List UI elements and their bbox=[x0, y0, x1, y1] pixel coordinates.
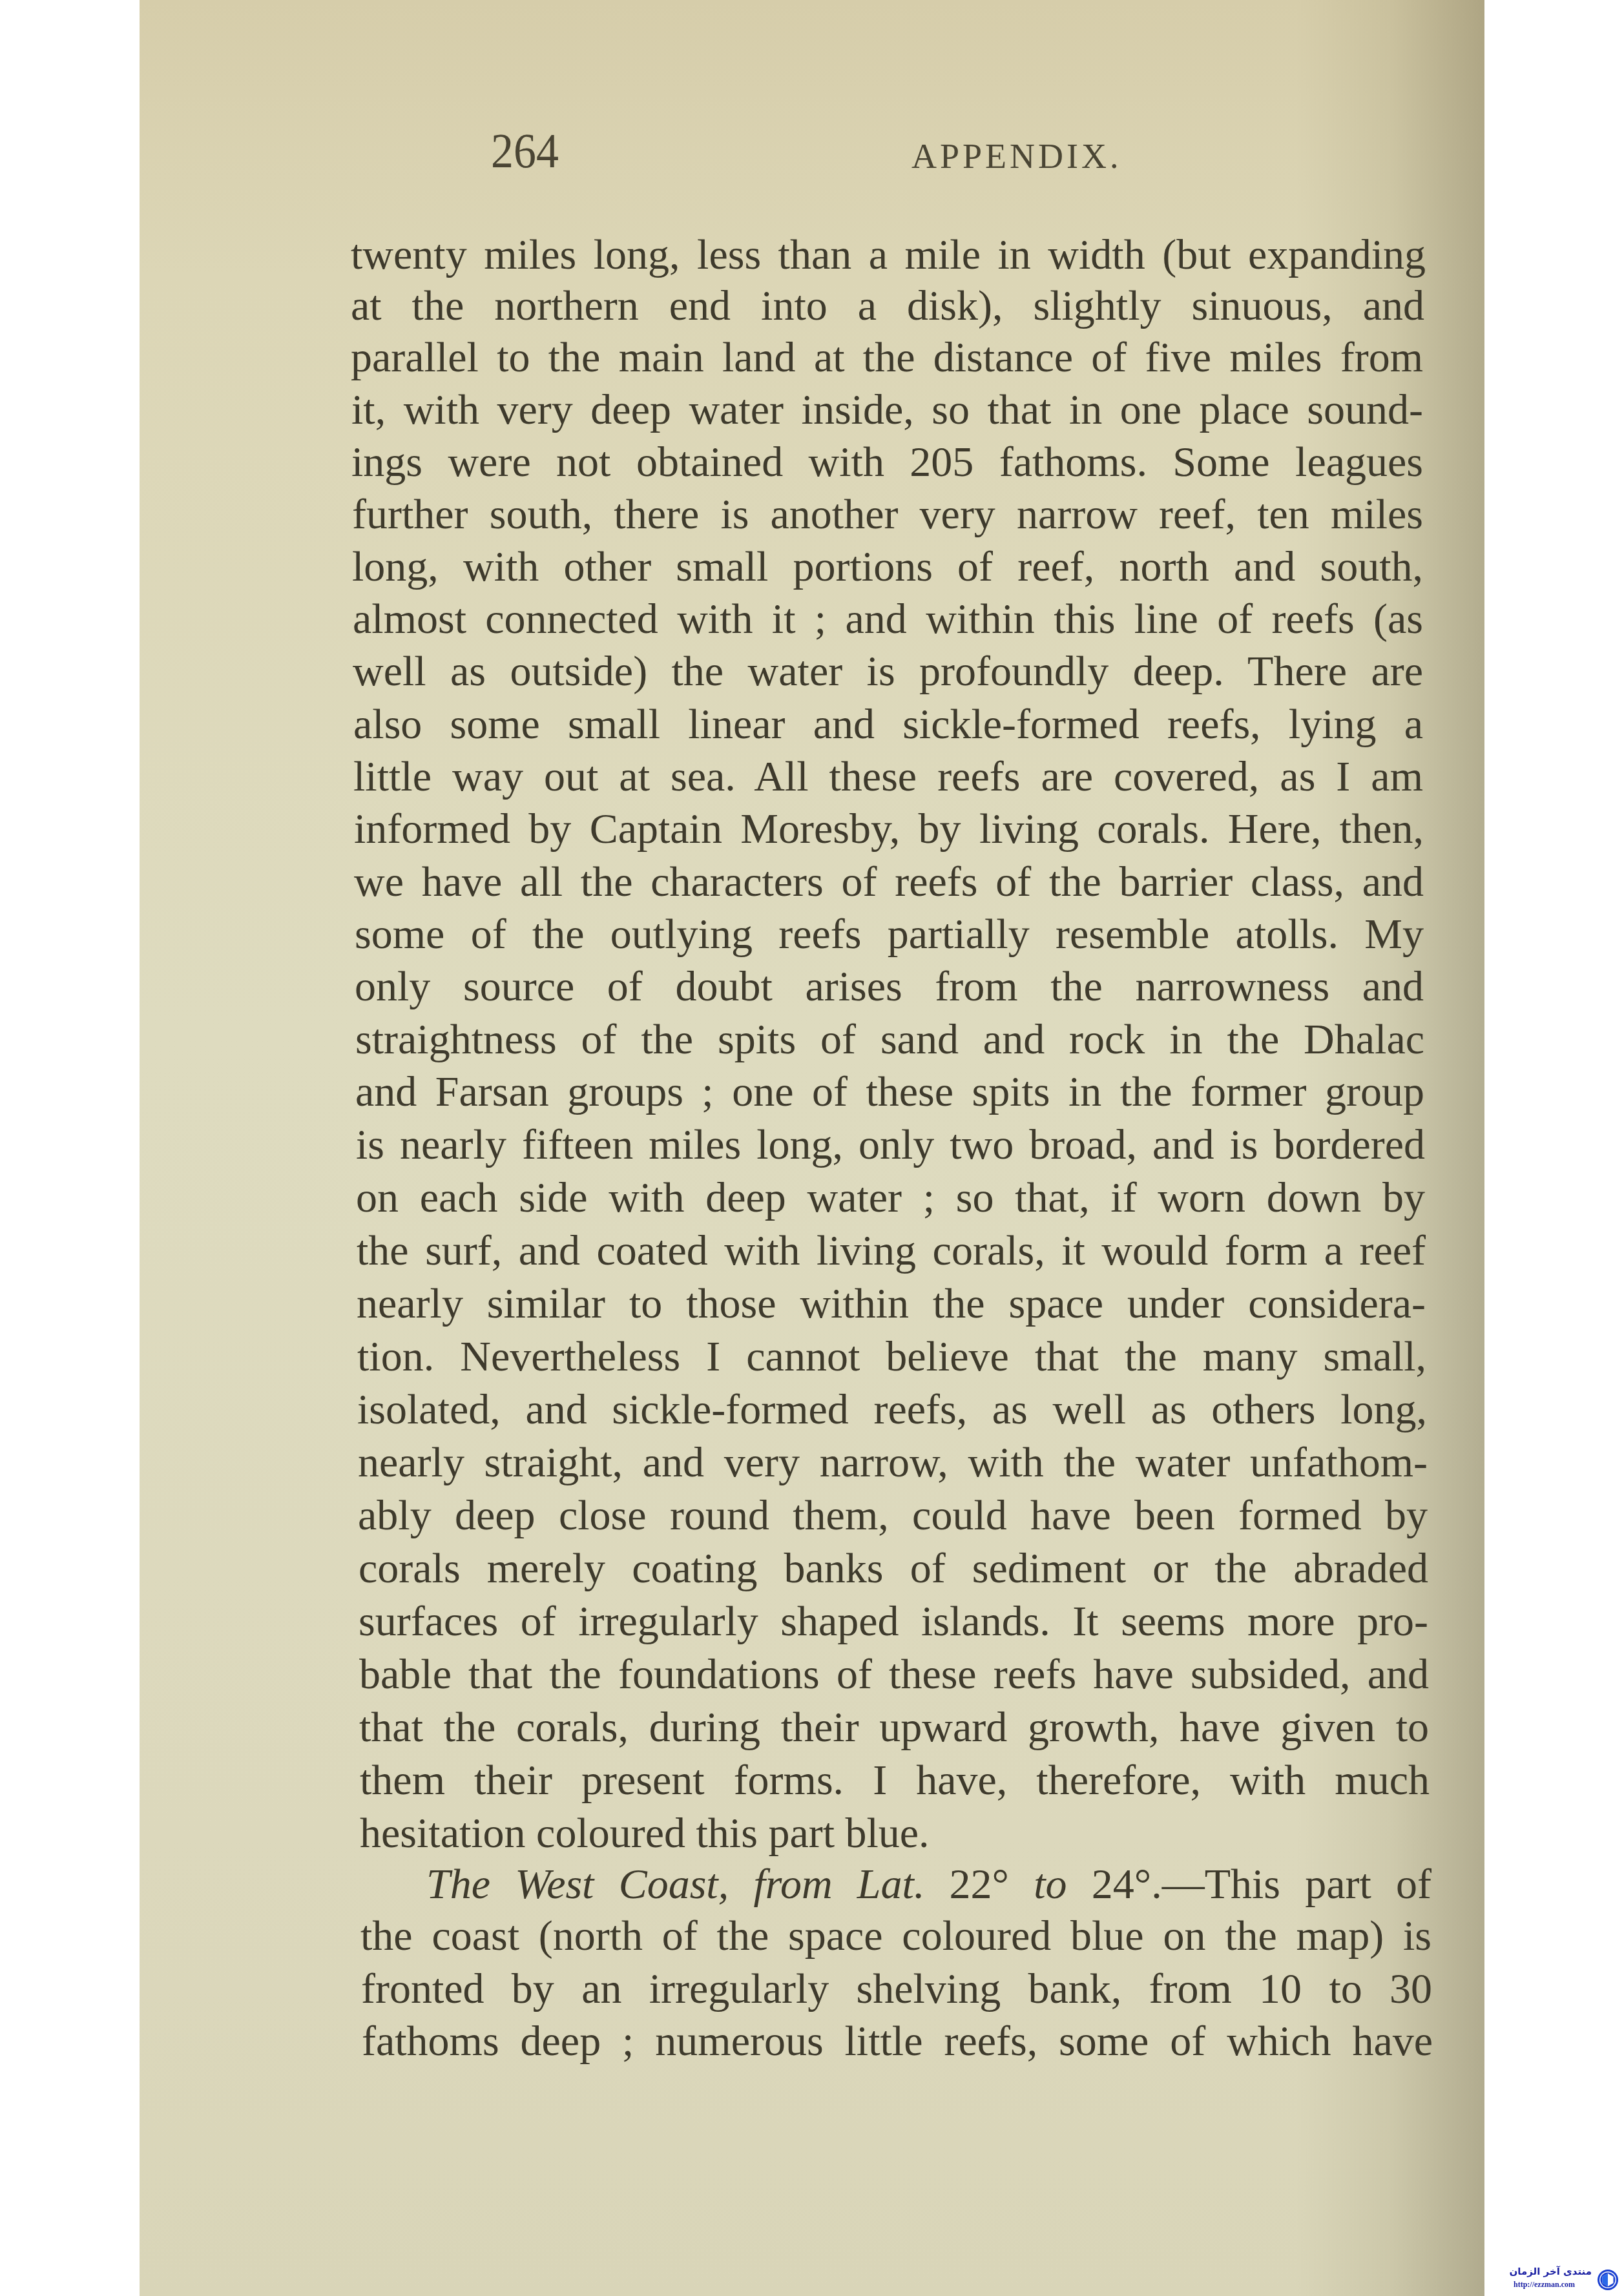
text-line: nearly straight, and very narrow, with t… bbox=[358, 1437, 1428, 1489]
text-line: at the northern end into a disk), slight… bbox=[351, 280, 1424, 332]
text-line: only source of doubt arises from the nar… bbox=[355, 961, 1424, 1013]
site-watermark: منتدى آخر الزمان http://ezzman.com bbox=[1502, 2264, 1624, 2296]
text-line: fronted by an irregularly shelving bank,… bbox=[361, 1963, 1432, 2015]
text-line: ings were not obtained with 205 fathoms.… bbox=[351, 437, 1423, 488]
body-text: twenty miles long, less than a mile in w… bbox=[0, 0, 1624, 2296]
text-line: parallel to the main land at the distanc… bbox=[351, 332, 1423, 384]
text-line: is nearly fifteen miles long, only two b… bbox=[356, 1119, 1425, 1171]
text-line: it, with very deep water inside, so that… bbox=[351, 384, 1423, 436]
text-line: isolated, and sickle-formed reefs, as we… bbox=[357, 1384, 1427, 1436]
text-line: them their present forms. I have, theref… bbox=[360, 1755, 1430, 1806]
latitude-start: 22° bbox=[924, 1861, 1034, 1908]
text-line: surfaces of irregularly shaped islands. … bbox=[359, 1596, 1428, 1648]
text-line: straightness of the spits of sand and ro… bbox=[355, 1014, 1424, 1066]
text-line: further south, there is another very nar… bbox=[352, 489, 1423, 541]
text-line: corals merely coating banks of sediment … bbox=[359, 1543, 1428, 1595]
section-heading-continuation: 24°.—This part of bbox=[1067, 1861, 1431, 1908]
text-line: on each side with deep water ; so that, … bbox=[356, 1172, 1425, 1224]
text-line: almost connected with it ; and within th… bbox=[353, 594, 1423, 645]
watermark-arabic-text: منتدى آخر الزمان bbox=[1510, 2266, 1592, 2277]
text-line: little way out at sea. All these reefs a… bbox=[353, 751, 1423, 803]
text-line: nearly similar to those within the space… bbox=[357, 1278, 1426, 1330]
text-line: tion. Nevertheless I cannot believe that… bbox=[357, 1331, 1426, 1383]
text-line: well as outside) the water is profoundly… bbox=[353, 646, 1423, 698]
text-line: twenty miles long, less than a mile in w… bbox=[351, 229, 1426, 281]
text-line: that the corals, during their upward gro… bbox=[359, 1702, 1429, 1753]
hexagon-shield-icon bbox=[1597, 2269, 1619, 2291]
text-line: the coast (north of the space coloured b… bbox=[360, 1910, 1431, 1962]
paragraph-last-line: hesitation coloured this part blue. bbox=[360, 1808, 1430, 1859]
text-line: informed by Captain Moresby, by living c… bbox=[354, 803, 1424, 855]
text-line: fathoms deep ; numerous little reefs, so… bbox=[362, 2016, 1433, 2067]
text-line: ably deep close round them, could have b… bbox=[358, 1490, 1428, 1542]
text-line: bable that the foundations of these reef… bbox=[359, 1649, 1429, 1701]
watermark-url: http://ezzman.com bbox=[1514, 2280, 1575, 2289]
text-line: the surf, and coated with living corals,… bbox=[357, 1225, 1426, 1277]
text-line: long, with other small portions of reef,… bbox=[352, 541, 1423, 593]
text-line: also some small linear and sickle-formed… bbox=[353, 699, 1423, 750]
section-heading-line: The West Coast, from Lat. 22° to 24°.—Th… bbox=[426, 1859, 1431, 1910]
text-line: we have all the characters of reefs of t… bbox=[354, 856, 1424, 908]
section-heading-italic: The West Coast, from Lat. bbox=[426, 1861, 924, 1908]
text-line: some of the outlying reefs partially res… bbox=[355, 909, 1424, 960]
section-heading-to: to bbox=[1034, 1861, 1067, 1908]
text-line: and Farsan groups ; one of these spits i… bbox=[355, 1066, 1424, 1118]
